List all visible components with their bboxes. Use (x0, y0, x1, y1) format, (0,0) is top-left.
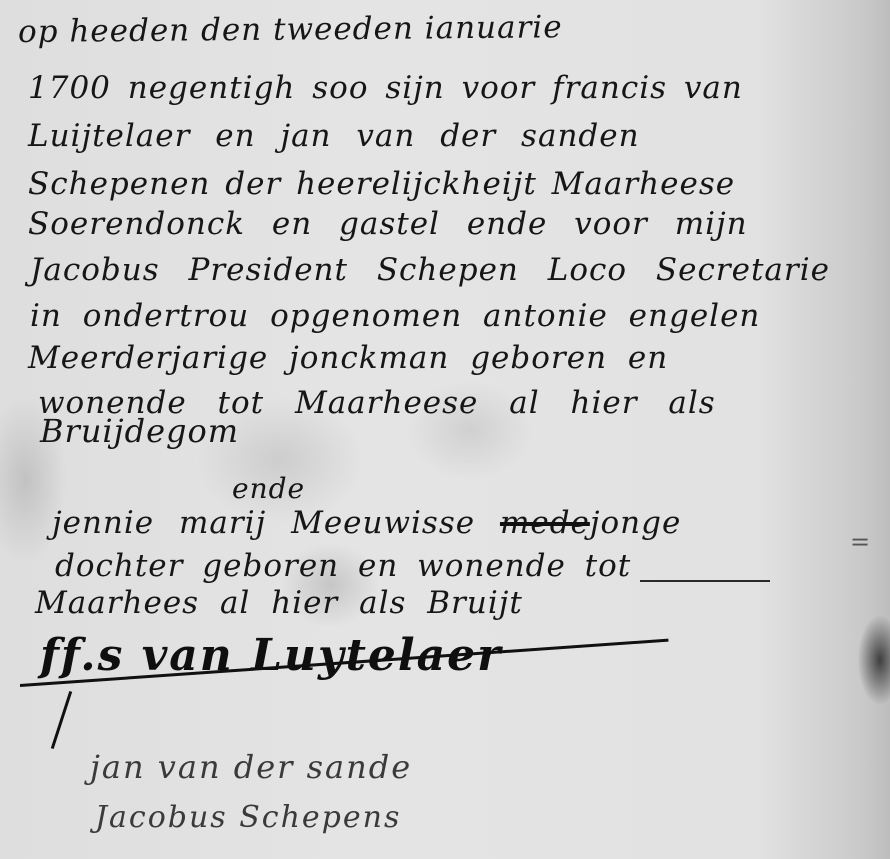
text-line-11-ende: ende (232, 472, 305, 505)
signature-van-luytelaer: ff.s van Luytelaer (40, 630, 502, 681)
signature-jacobus-schepens: Jacobus Schepens (95, 800, 401, 835)
signature-jan-van-der-sande: jan van der sande (90, 748, 412, 786)
text-line-8: Meerderjarige jonckman geboren en (28, 340, 668, 376)
text-line-2: 1700 negentigh soo sijn voor francis van (28, 70, 743, 106)
text-line-14-bride: Maarhees al hier als Bruijt (35, 585, 523, 621)
text-jonge: jonge (590, 505, 681, 541)
text-line-6: Jacobus President Schepen Loco Secretari… (30, 252, 830, 288)
signature-flourish (51, 691, 72, 749)
text-line-5: Soerendonck en gastel ende voor mijn (28, 206, 748, 242)
text-line-13: dochter geboren en wonende tot (55, 548, 631, 584)
document-scan: op heeden den tweeden ianuarie 1700 nege… (0, 0, 890, 859)
text-line-7: in ondertrou opgenomen antonie engelen (30, 298, 760, 334)
text-line-1: op heeden den tweeden ianuarie (18, 9, 563, 50)
text-line-10-bridegroom: Bruijdegom (40, 412, 239, 450)
margin-equals-mark: = (850, 528, 870, 556)
bride-name: jennie marij Meeuwisse (52, 505, 475, 541)
text-line-4: Schepenen der heerelijckheijt Maarheese (28, 166, 735, 202)
text-line-12: jennie marij Meeuwisse medejonge (52, 505, 681, 541)
text-line-3: Luijtelaer en jan van der sanden (28, 118, 640, 154)
underline-stroke (640, 580, 770, 582)
struck-word: mede (500, 505, 590, 541)
